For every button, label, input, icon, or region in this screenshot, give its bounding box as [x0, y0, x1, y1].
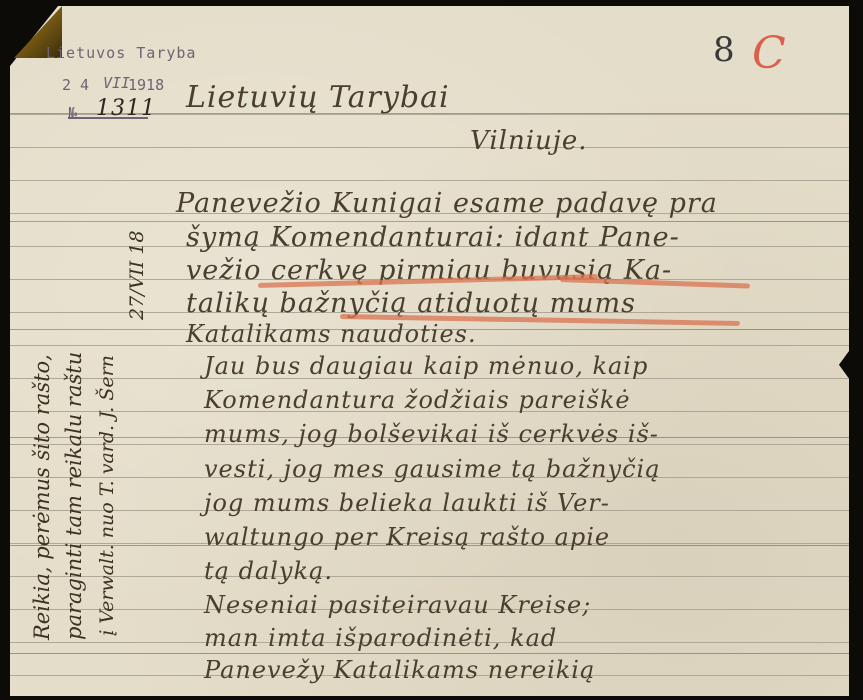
addressee-line-1: Lietuvių Tarybai — [186, 80, 450, 115]
body-line: Katalikams naudoties. — [186, 320, 477, 348]
stamp-date-month: VII — [103, 74, 130, 92]
body-line: tą dalyką. — [204, 557, 333, 585]
stamp-number-prefix: № — [68, 104, 77, 122]
body-line: mums, jog bolševikai iš cerkvės iš- — [204, 420, 659, 448]
stamp-number-underline — [68, 117, 148, 119]
stamp-date-year: 1918 — [128, 76, 164, 94]
marginal-note-line-4: 27/VII 18 — [126, 230, 148, 320]
marginal-note-line-2: paraginti tam reikalu raštu — [62, 352, 86, 640]
body-line: Jau bus daugiau kaip mėnuo, kaip — [204, 352, 648, 380]
marginal-note-line-1: Reikia, perėmus šito rašto, — [30, 354, 54, 640]
body-line: jog mums belieka laukti iš Ver- — [204, 489, 610, 517]
body-line: vesti, jog mes gausime tą bažnyčią — [204, 455, 661, 483]
stamp-date-day: 2 4 — [62, 76, 89, 94]
body-line: man imta išparodinėti, kad — [204, 624, 557, 652]
addressee-line-2: Vilniuje. — [470, 126, 587, 156]
stamp-organization: Lietuvos Taryba — [46, 44, 196, 62]
folio-red-mark: C — [752, 28, 787, 79]
folio-pencil-number: 8 — [713, 30, 736, 70]
body-line: Panevežio Kunigai esame padavę pra — [176, 188, 718, 219]
body-line: waltungo per Kreisą rašto apie — [204, 523, 610, 551]
marginal-note-line-3: į Verwalt. nuo T. vard. J. Šern — [96, 355, 118, 636]
body-line: Komendantura žodžiais pareiškė — [204, 386, 631, 414]
body-line: Neseniai pasiteiravau Kreise; — [204, 591, 591, 619]
body-line: Panevežy Katalikams nereikią — [204, 656, 595, 684]
body-line: šymą Komendanturai: idant Pane- — [186, 222, 680, 253]
